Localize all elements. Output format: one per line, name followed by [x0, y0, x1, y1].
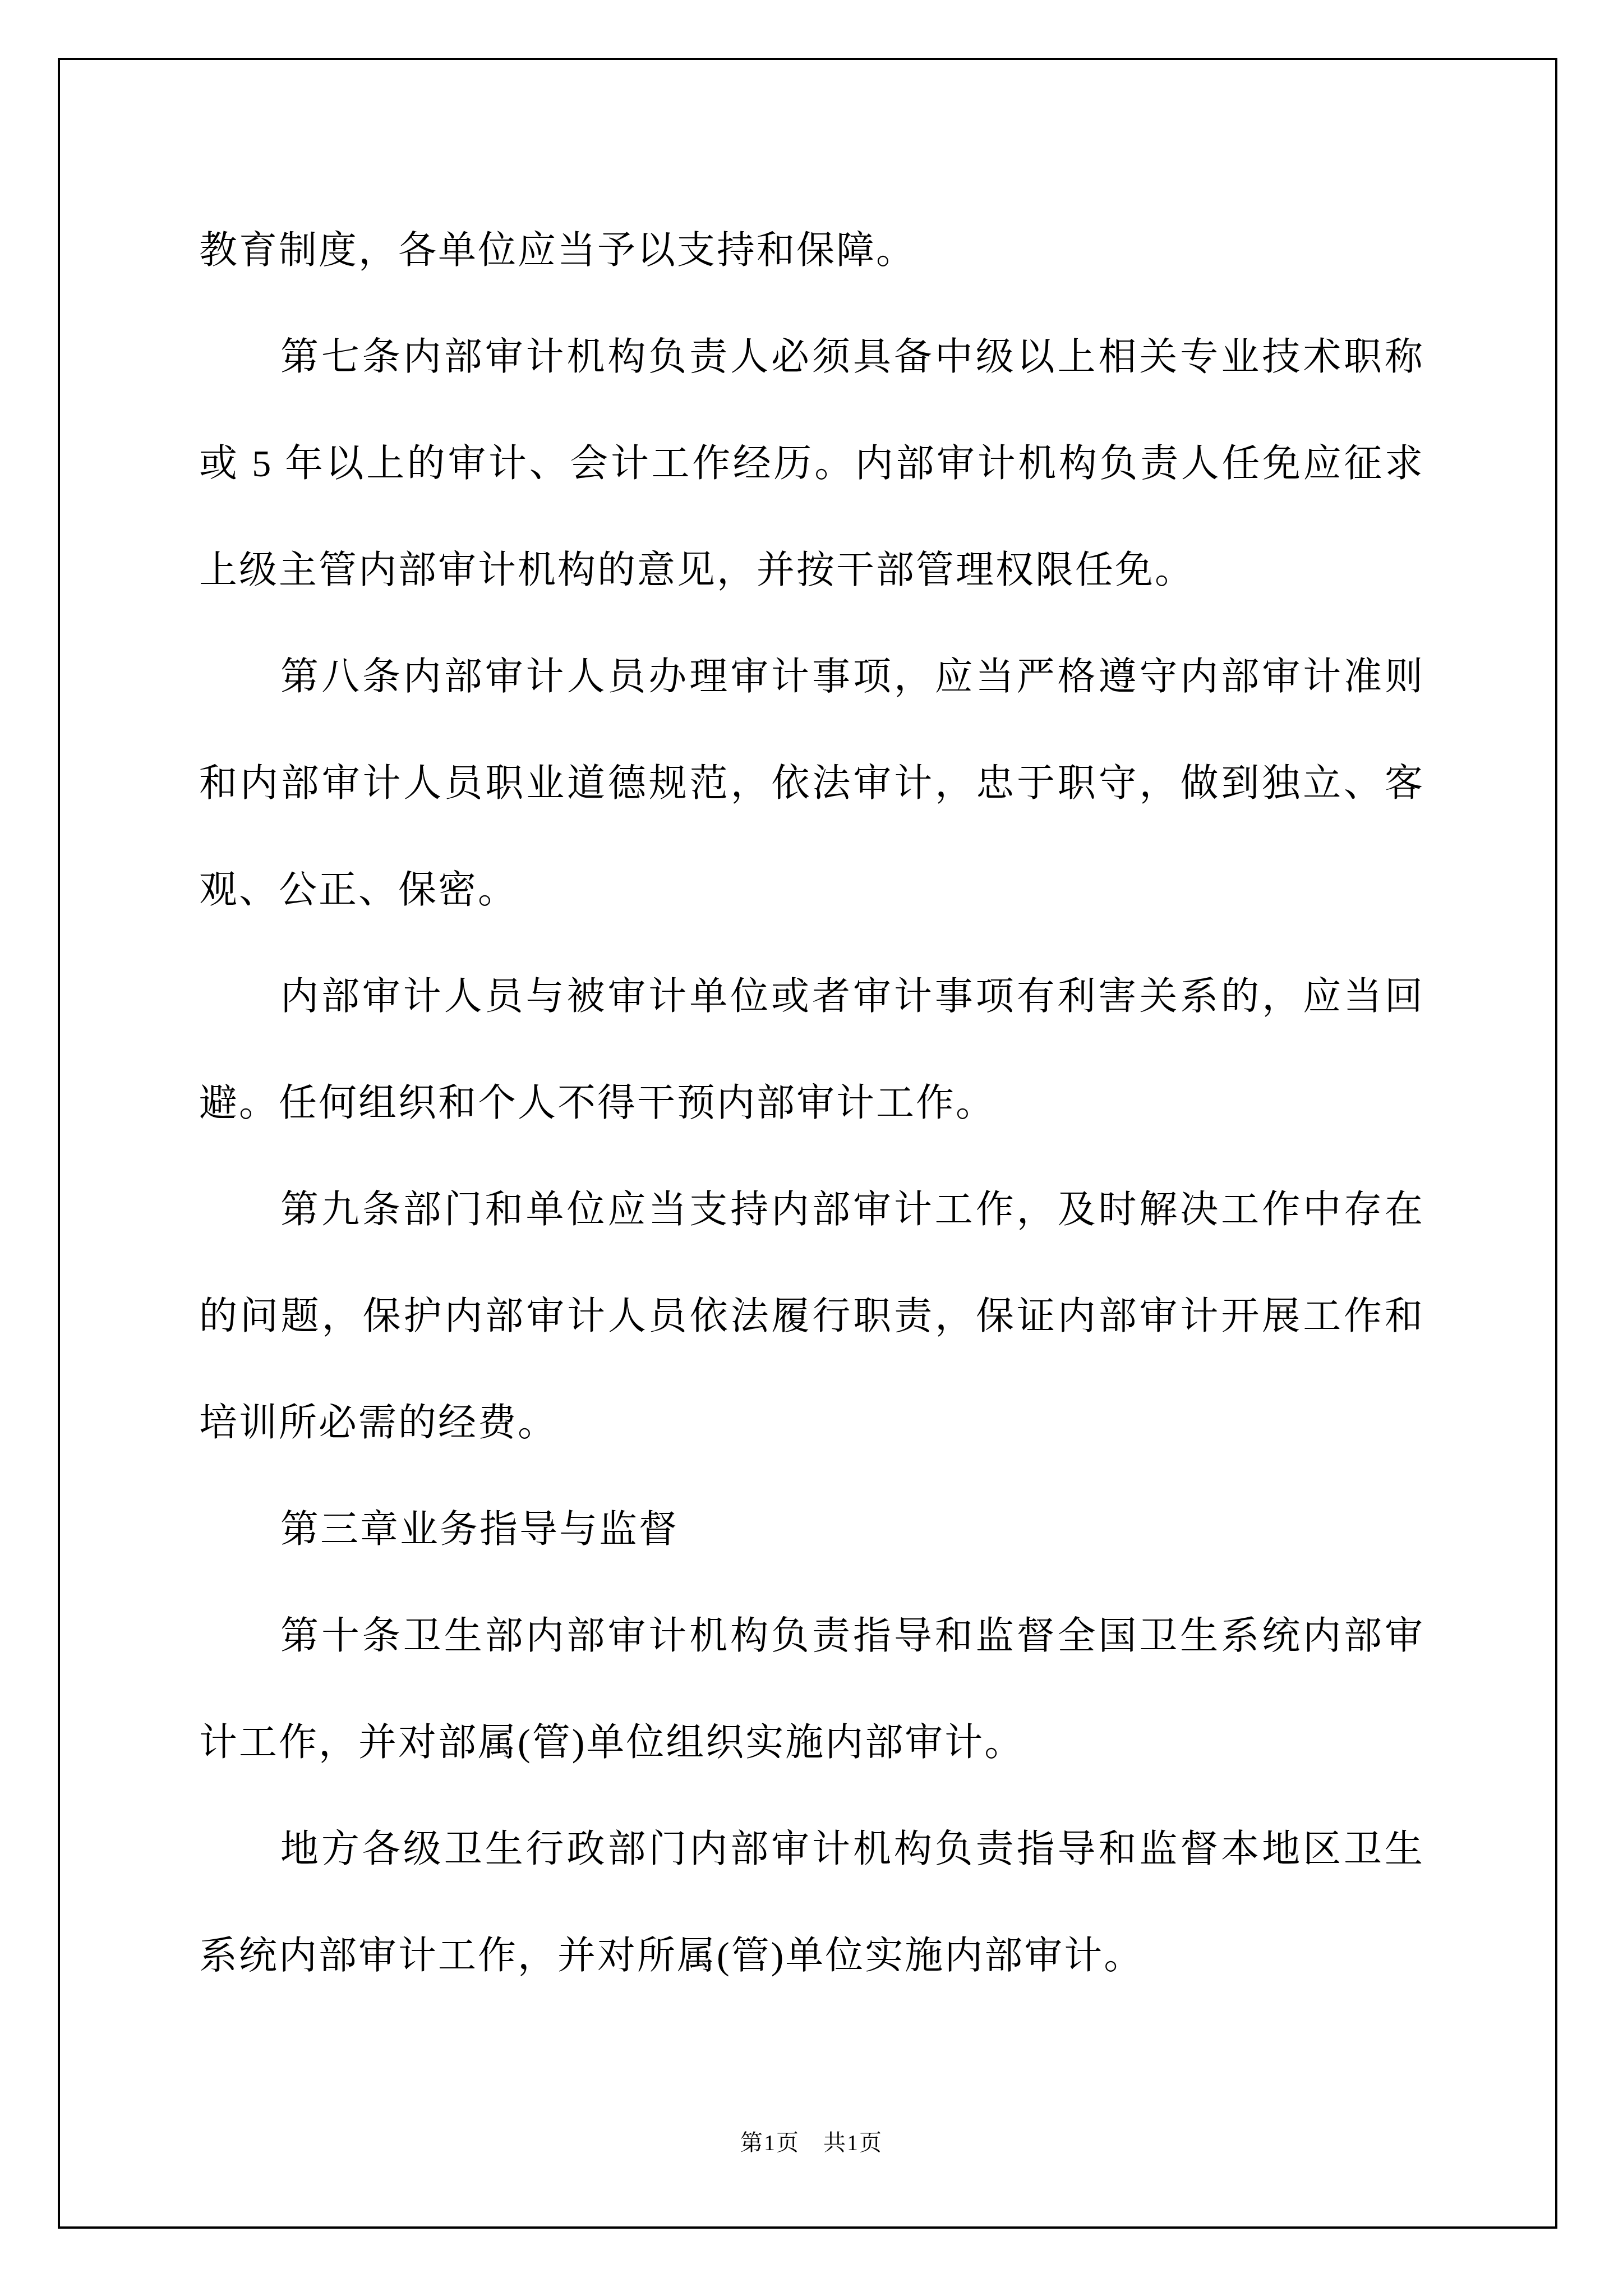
document-page: 教育制度，各单位应当予以支持和保障。 第七条内部审计机构负责人必须具备中级以上相… [0, 0, 1623, 2296]
text-line: 内部审计人员与被审计单位或者审计事项有利害关系的，应当回 [199, 943, 1424, 1050]
text-line: 计工作，并对部属(管)单位组织实施内部审计。 [199, 1689, 1424, 1796]
text-line: 上级主管内部审计机构的意见，并按干部管理权限任免。 [199, 517, 1424, 623]
page-footer: 第1页 共1页 [0, 2126, 1623, 2160]
text-line: 避。任何组织和个人不得干预内部审计工作。 [199, 1050, 1424, 1156]
text-line: 或 5 年以上的审计、会计工作经历。内部审计机构负责人任免应征求 [199, 410, 1424, 517]
text-line: 系统内部审计工作，并对所属(管)单位实施内部审计。 [199, 1902, 1424, 2009]
text-line: 教育制度，各单位应当予以支持和保障。 [199, 197, 1424, 303]
text-line: 和内部审计人员职业道德规范，依法审计，忠于职守，做到独立、客 [199, 730, 1424, 836]
document-text-block: 教育制度，各单位应当予以支持和保障。 第七条内部审计机构负责人必须具备中级以上相… [199, 197, 1424, 2009]
chapter-heading-line: 第三章业务指导与监督 [199, 1476, 1424, 1582]
text-line: 第十条卫生部内部审计机构负责指导和监督全国卫生系统内部审 [199, 1582, 1424, 1689]
text-line: 第九条部门和单位应当支持内部审计工作，及时解决工作中存在 [199, 1156, 1424, 1263]
text-line: 观、公正、保密。 [199, 836, 1424, 943]
text-line: 培训所必需的经费。 [199, 1369, 1424, 1476]
text-line: 第八条内部审计人员办理审计事项，应当严格遵守内部审计准则 [199, 623, 1424, 730]
text-line: 第七条内部审计机构负责人必须具备中级以上相关专业技术职称 [199, 303, 1424, 410]
text-line: 地方各级卫生行政部门内部审计机构负责指导和监督本地区卫生 [199, 1796, 1424, 1902]
text-line: 的问题，保护内部审计人员依法履行职责，保证内部审计开展工作和 [199, 1263, 1424, 1369]
